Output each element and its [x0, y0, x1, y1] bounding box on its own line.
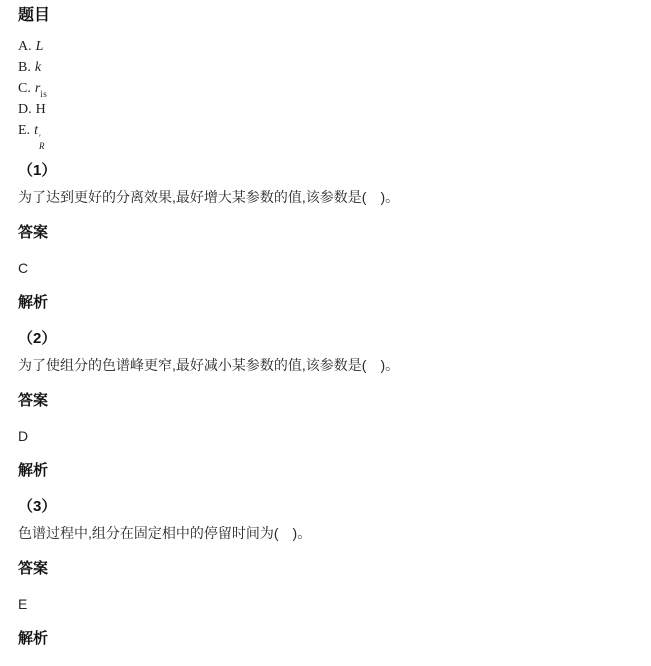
section-1-analysis-heading: 解析	[18, 294, 641, 312]
option-d-letter: D.	[18, 102, 32, 117]
option-c-subscript: is	[40, 89, 47, 99]
option-e-letter: E.	[18, 123, 30, 138]
section-2-answer: D	[18, 427, 641, 445]
question-document-page: 题目 A.L B.k C.ris D.H E.t′R （1） 为了达到更好的分离…	[0, 0, 651, 666]
option-d-variable: H	[36, 102, 46, 117]
section-3-analysis-heading: 解析	[18, 630, 641, 648]
option-c: C.ris	[18, 78, 641, 99]
option-b-letter: B.	[18, 60, 31, 75]
option-a: A.L	[18, 36, 641, 57]
section-2-analysis-heading: 解析	[18, 462, 641, 480]
option-b-variable: k	[35, 60, 41, 75]
option-b: B.k	[18, 57, 641, 78]
section-1-answer: C	[18, 259, 641, 277]
section-2: （2） 为了使组分的色谱峰更窄,最好减小某参数的值,该参数是( )。 答案 D …	[18, 330, 641, 480]
section-3-question: 色谱过程中,组分在固定相中的停留时间为( )。	[18, 524, 641, 542]
option-e-subscript: R	[39, 142, 45, 150]
section-1-answer-heading: 答案	[18, 224, 641, 242]
section-3-answer: E	[18, 595, 641, 613]
option-e-variable: t	[34, 123, 38, 138]
section-2-question: 为了使组分的色谱峰更窄,最好减小某参数的值,该参数是( )。	[18, 356, 641, 374]
page-title: 题目	[18, 6, 641, 26]
option-e: E.t′R	[18, 120, 641, 141]
section-1-number: （1）	[18, 162, 641, 180]
section-1: （1） 为了达到更好的分离效果,最好增大某参数的值,该参数是( )。 答案 C …	[18, 162, 641, 312]
section-2-answer-heading: 答案	[18, 392, 641, 410]
section-3-number: （3）	[18, 498, 641, 516]
section-2-number: （2）	[18, 330, 641, 348]
option-a-letter: A.	[18, 39, 32, 54]
section-1-question: 为了达到更好的分离效果,最好增大某参数的值,该参数是( )。	[18, 188, 641, 206]
option-d: D.H	[18, 99, 641, 120]
option-e-scripts: ′R	[39, 134, 45, 150]
option-list: A.L B.k C.ris D.H E.t′R	[18, 36, 641, 141]
section-3: （3） 色谱过程中,组分在固定相中的停留时间为( )。 答案 E 解析	[18, 498, 641, 648]
option-c-letter: C.	[18, 81, 31, 96]
section-3-answer-heading: 答案	[18, 560, 641, 578]
option-a-variable: L	[36, 39, 44, 54]
